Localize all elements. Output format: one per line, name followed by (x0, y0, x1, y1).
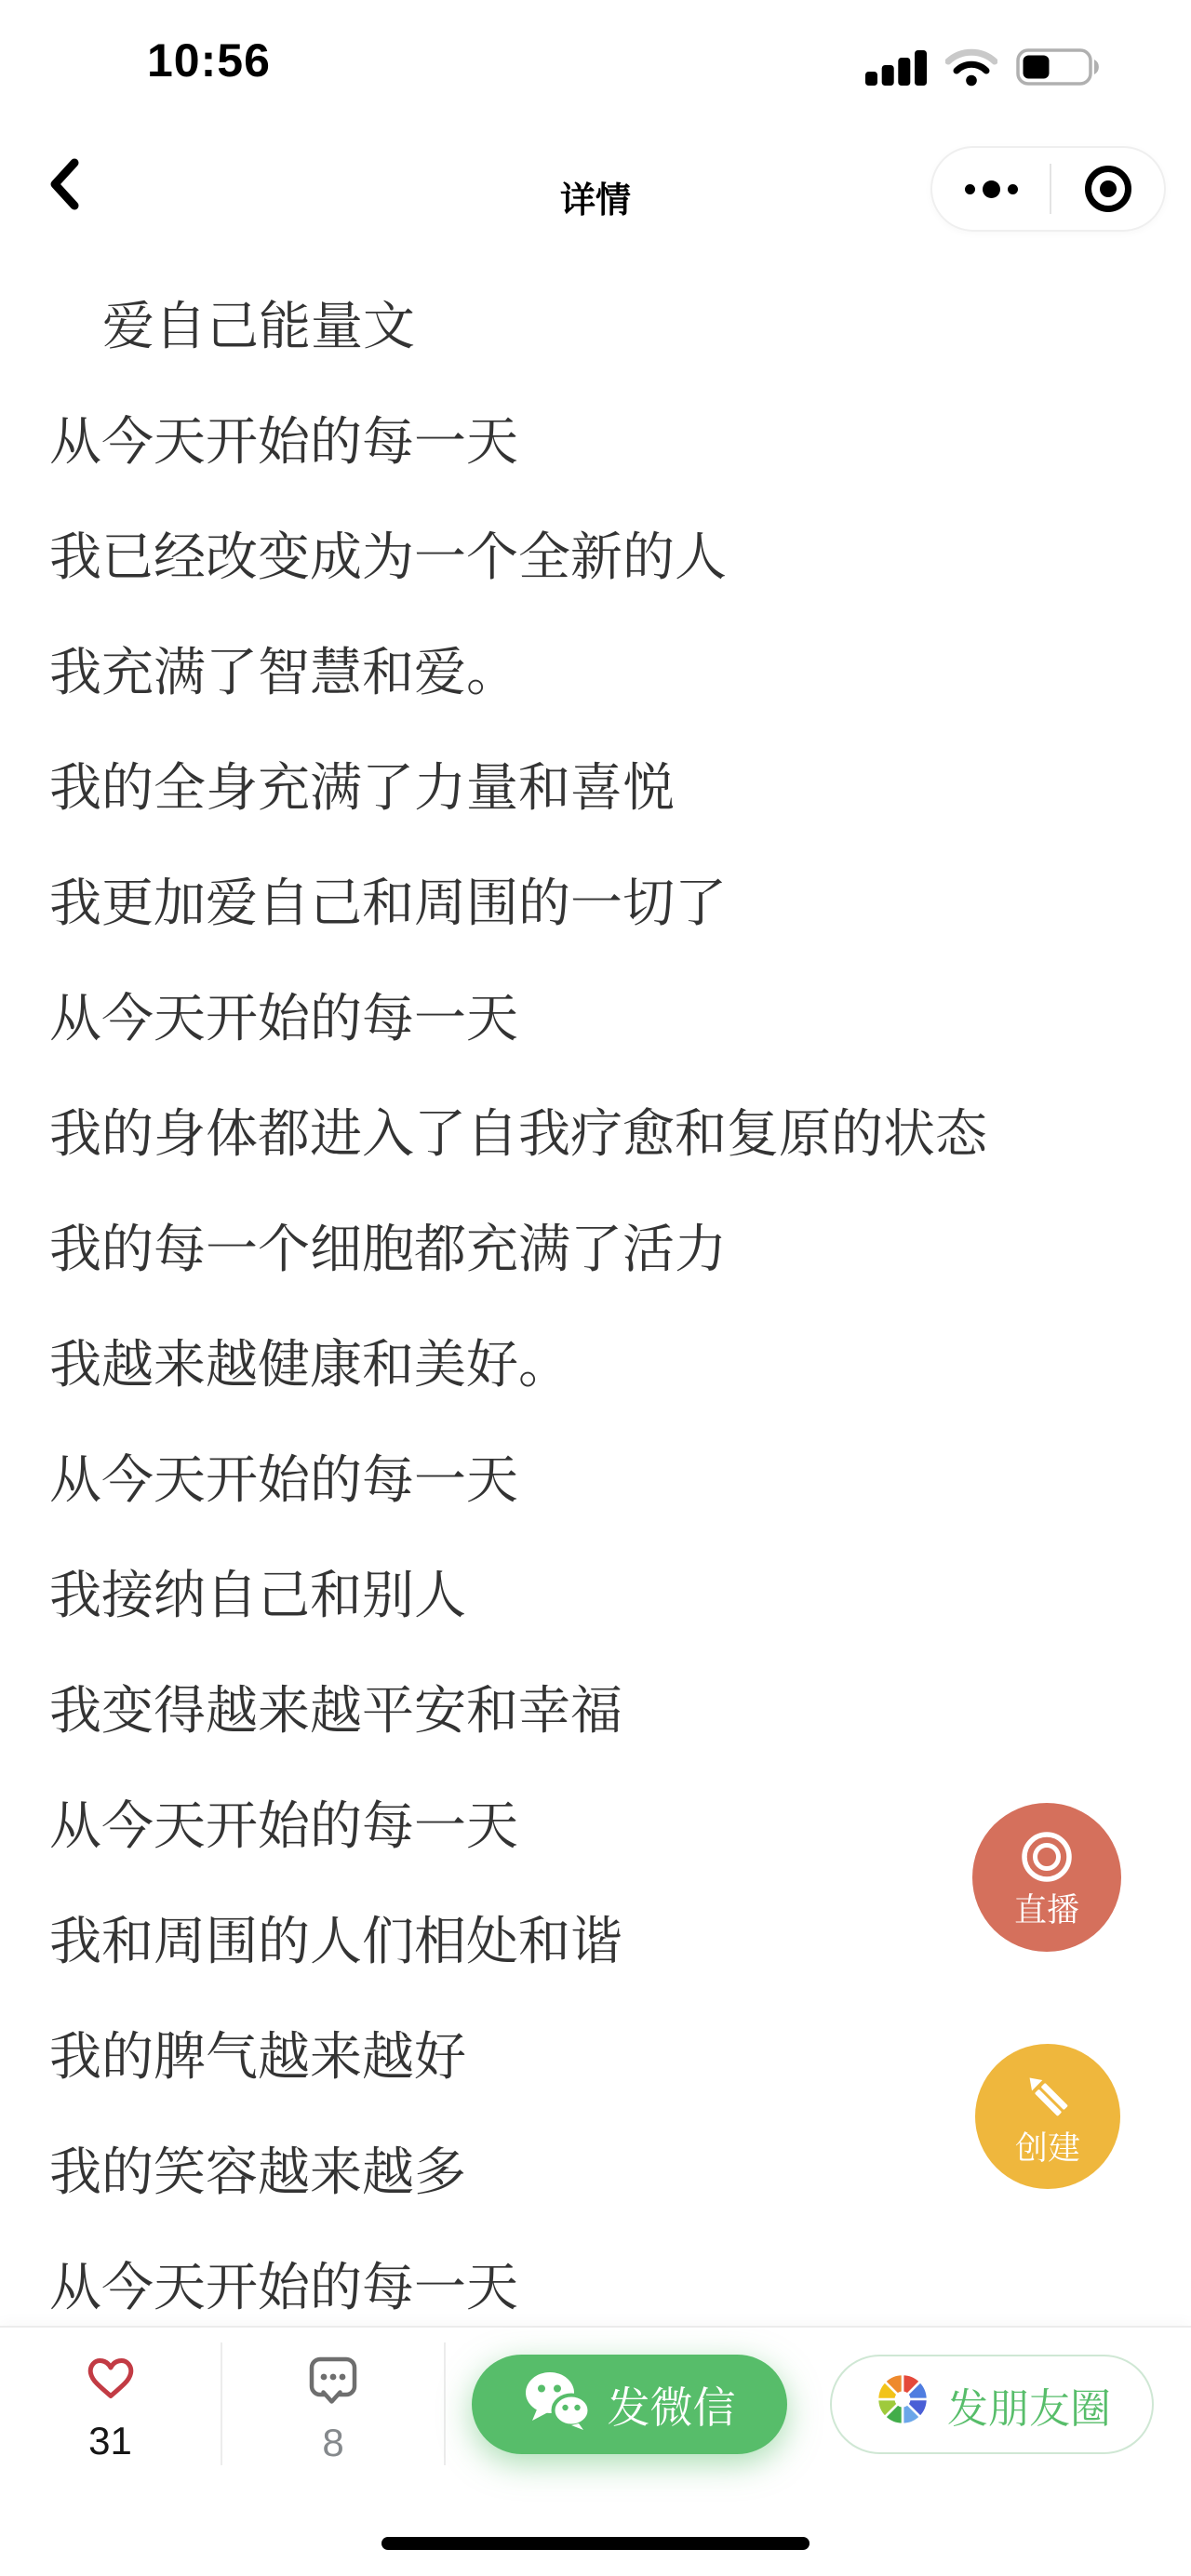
status-bar: 10:56 (0, 0, 1191, 112)
article-title: 爱自己能量文 (0, 265, 1191, 380)
live-fab-label: 直播 (1014, 1894, 1079, 1927)
exit-button[interactable] (1051, 148, 1164, 230)
create-fab[interactable]: 创建 (975, 2044, 1120, 2189)
nav-bar: 详情 (0, 112, 1191, 260)
text-line: 从今天开始的每一天 (0, 2226, 1191, 2342)
text-line: 我的身体都进入了自我疗愈和复原的状态 (0, 1073, 1191, 1188)
text-line: 我更加爱自己和周围的一切了 (0, 842, 1191, 957)
text-line: 我充满了智慧和爱。 (0, 611, 1191, 727)
text-line: 从今天开始的每一天 (0, 380, 1191, 496)
send-wechat-button[interactable]: 发微信 (472, 2355, 787, 2454)
text-line: 我变得越来越平安和幸福 (0, 1649, 1191, 1765)
miniprogram-capsule (930, 146, 1166, 232)
pencil-icon (1021, 2069, 1075, 2128)
text-line: 从今天开始的每一天 (0, 1419, 1191, 1534)
send-wechat-label: 发微信 (608, 2374, 736, 2436)
ellipsis-icon (965, 184, 975, 194)
moments-aperture-icon (873, 2369, 932, 2439)
divider (444, 2342, 446, 2465)
send-moments-label: 发朋友圈 (947, 2375, 1111, 2435)
live-fab[interactable]: 直播 (972, 1803, 1121, 1952)
comment-count: 8 (322, 2423, 343, 2463)
comment-bubble-icon (308, 2356, 358, 2410)
text-line: 我的每一个细胞都充满了活力 (0, 1188, 1191, 1303)
heart-icon (85, 2356, 137, 2409)
like-button[interactable]: 31 (0, 2328, 221, 2486)
battery-icon (1016, 47, 1102, 92)
home-indicator-bar[interactable] (381, 2537, 810, 2550)
wechat-logo-icon (524, 2369, 591, 2440)
status-icons (865, 47, 1102, 92)
text-line: 我的全身充满了力量和喜悦 (0, 727, 1191, 842)
bottom-action-bar: 31 8 (0, 2326, 1191, 2576)
more-button[interactable] (932, 148, 1050, 230)
clock: 10:56 (147, 33, 271, 87)
text-line: 从今天开始的每一天 (0, 957, 1191, 1073)
text-line: 我接纳自己和别人 (0, 1534, 1191, 1649)
cellular-signal-icon (865, 48, 927, 90)
circle-target-icon (1085, 166, 1131, 212)
create-fab-label: 创建 (1015, 2132, 1080, 2165)
article-body: 爱自己能量文从今天开始的每一天我已经改变成为一个全新的人我充满了智慧和爱。我的全… (0, 260, 1191, 2342)
like-count: 31 (88, 2422, 132, 2461)
text-line: 我越来越健康和美好。 (0, 1303, 1191, 1419)
live-rings-icon (1019, 1829, 1075, 1889)
send-moments-button[interactable]: 发朋友圈 (830, 2355, 1154, 2454)
comment-button[interactable]: 8 (222, 2328, 444, 2486)
text-line: 我已经改变成为一个全新的人 (0, 496, 1191, 611)
mini-program-screen: 10:56 (0, 0, 1191, 2576)
wifi-icon (945, 47, 997, 91)
